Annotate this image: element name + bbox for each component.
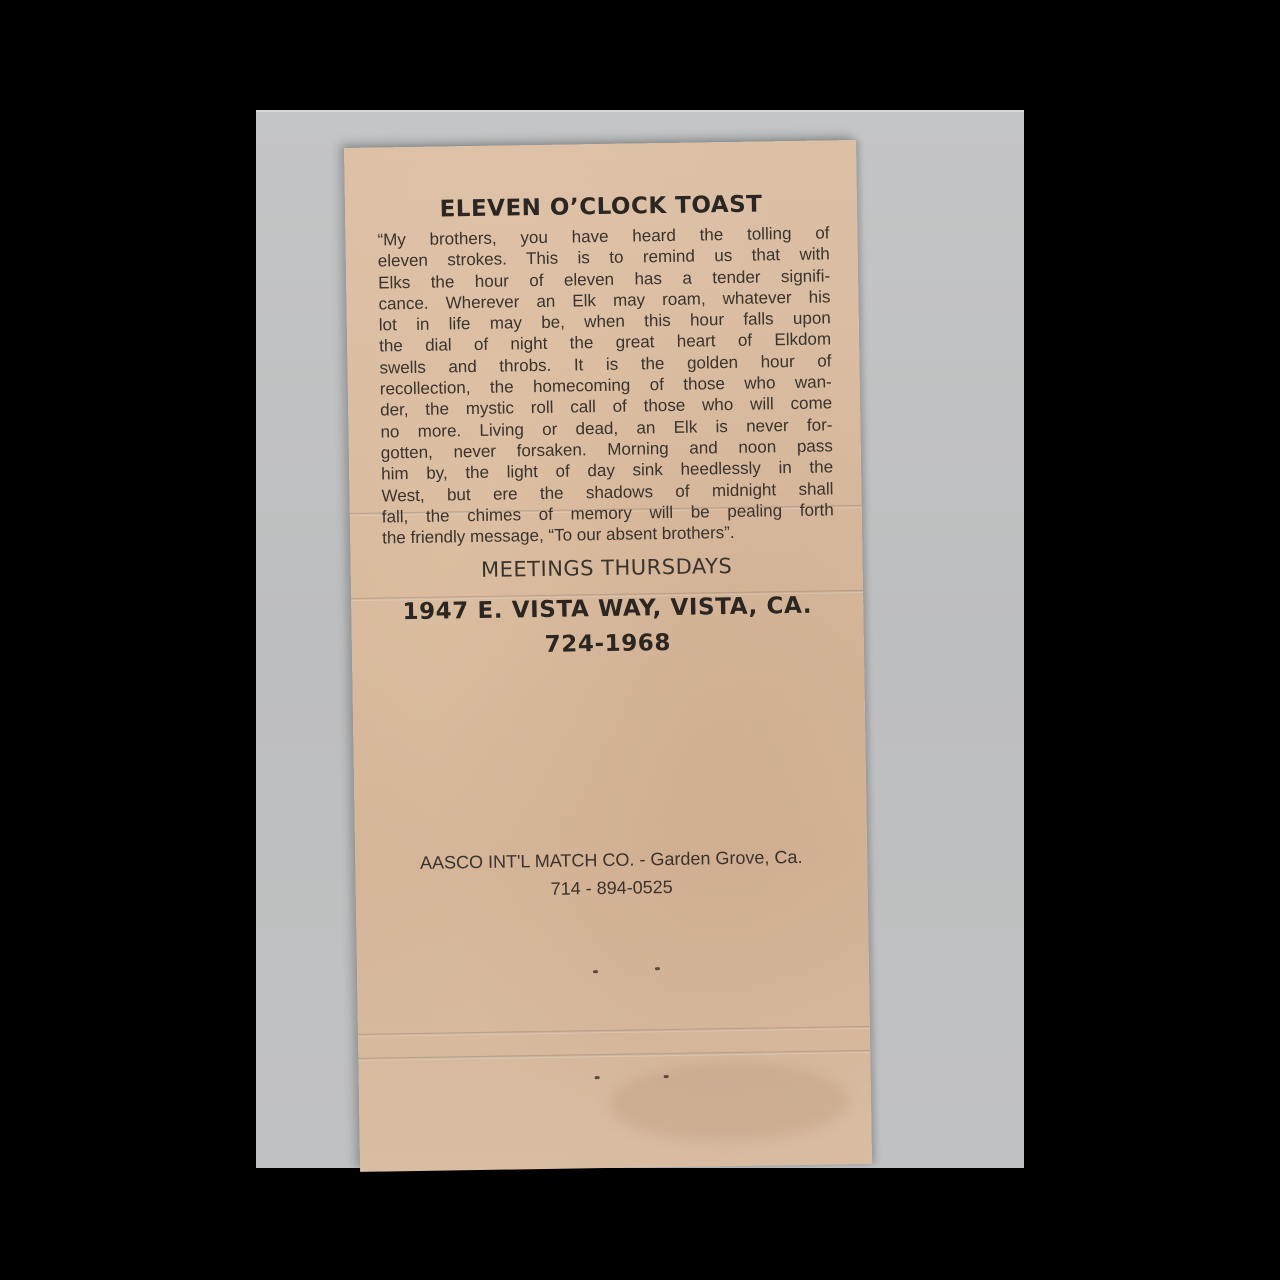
toast-text: “My brothers, you have heard the tolling…	[377, 222, 834, 549]
staple-mark	[593, 970, 598, 973]
manufacturer: AASCO INT'L MATCH CO. - Garden Grove, Ca…	[355, 846, 867, 875]
striker-fold-line	[358, 1026, 870, 1037]
staple-mark	[655, 967, 660, 970]
matchbook-cover: ELEVEN O’CLOCK TOAST “My brothers, you h…	[344, 140, 872, 1172]
meetings-text: MEETINGS THURSDAYS	[351, 552, 863, 584]
striker-fold-line	[358, 1050, 870, 1061]
manufacturer-phone: 714 - 894-0525	[356, 874, 868, 903]
staple-hole	[595, 1076, 600, 1079]
toast-title: ELEVEN O’CLOCK TOAST	[345, 190, 857, 224]
staple-hole	[664, 1075, 669, 1078]
stain	[608, 1060, 849, 1144]
phone-number: 724-1968	[352, 627, 864, 661]
